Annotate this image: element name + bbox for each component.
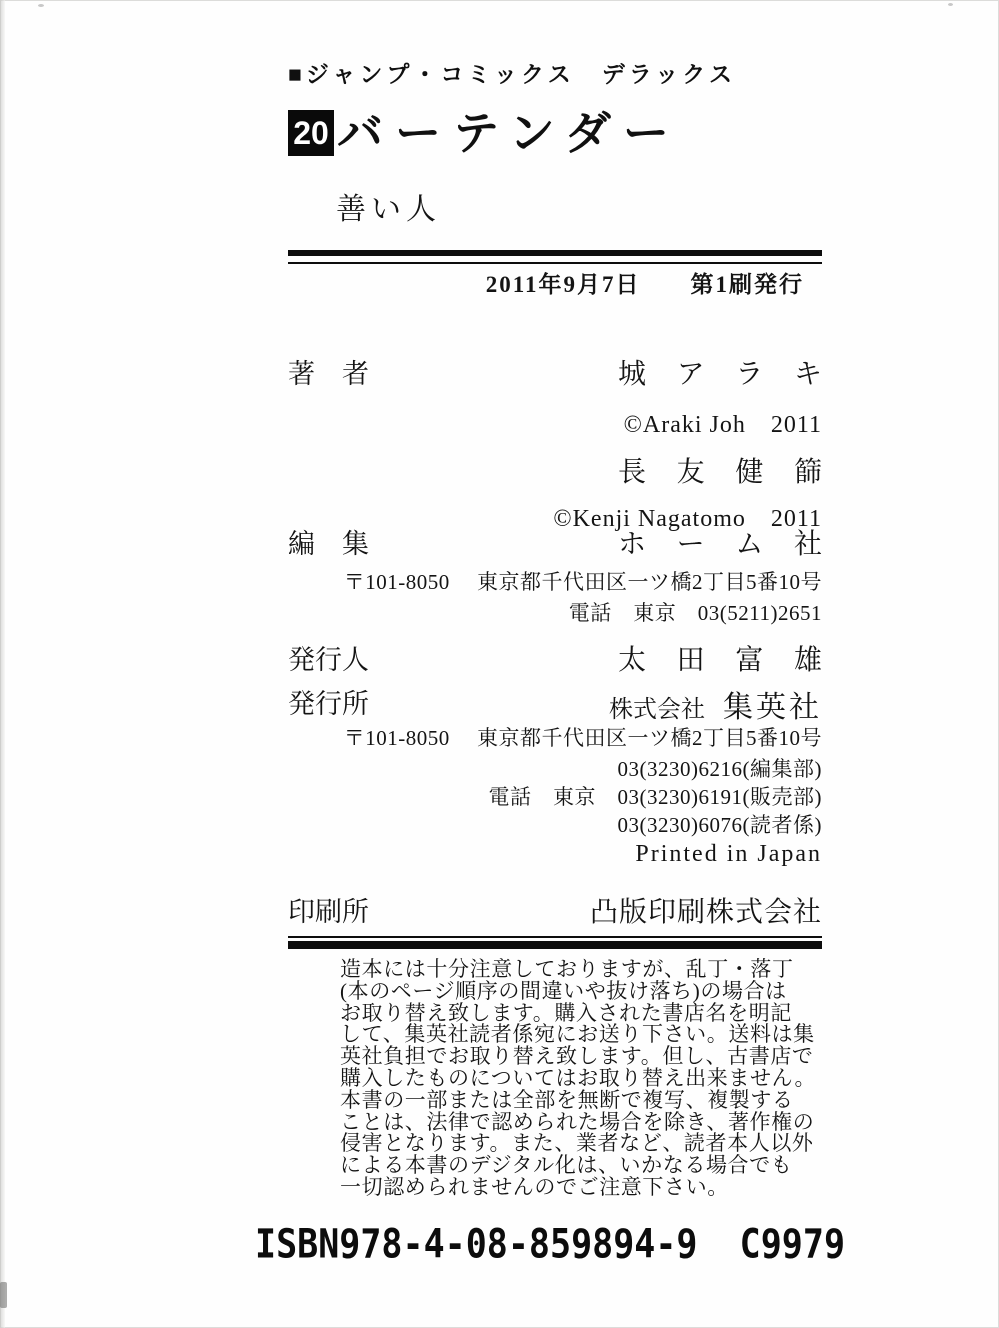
notice-line: ことは、法律で認められた場合を除き、著作権の [340,1112,826,1134]
colophon-page: ■ジャンプ・コミックス デラックス 20 バーテンダー 善い人 2011年9月7… [0,0,999,1328]
artist-row: 長友健篩 [288,450,822,490]
publisher-address: 〒101-8050 東京都千代田区一ツ橋2丁目5番10号 [288,722,822,752]
editor-name: ホーム社 [618,522,822,562]
editor-label: 編 集 [288,522,369,561]
author-label: 著 者 [288,352,369,391]
notice-line: 造本には十分注意しておりますが、乱丁・落丁 [340,959,826,981]
scan-speck [38,4,44,7]
publisher-company-prefix: 株式会社 [609,697,705,723]
author-copyright: ©Araki Joh 2011 [288,404,822,439]
notice-line: 侵害となります。また、業者など、読者本人以外 [340,1133,826,1155]
scan-smudge [0,1282,7,1308]
isbn-code: ISBN978-4-08-859894-9 C9979 [255,1222,845,1268]
notice-line: による本書のデジタル化は、いかなる場合でも [340,1155,826,1177]
scan-speck [948,3,953,6]
editor-phone: 電話 東京 03(5211)2651 [288,597,822,627]
publisher-phone-readers: 03(3230)6076(読者係) [288,809,822,839]
editor-address: 〒101-8050 東京都千代田区一ツ橋2丁目5番10号 [288,566,822,596]
book-subtitle: 善い人 [336,184,441,228]
printer-name: 凸版印刷株式会社 [590,897,822,928]
publisher-phone-sales: 電話 東京 03(3230)6191(販売部) [288,781,822,811]
notice-line: 購入したものについてはお取り替え出来ません。 [340,1068,826,1090]
publisher-row: 発行所 株式会社集英社 [288,682,822,726]
printer-label: 印刷所 [288,890,369,929]
notice-line: (本のページ順序の間違いや抜け落ち)の場合は [340,981,826,1003]
scan-edge-artifact [0,0,5,1328]
divider-thin [288,262,822,264]
publisher-person-name: 太田富雄 [618,638,822,678]
notice-line: して、集英社読者係宛にお送り下さい。送料は集 [340,1024,826,1046]
divider-thin [288,936,822,938]
title-row: 20 バーテンダー [288,110,681,156]
legal-notice: 造本には十分注意しておりますが、乱丁・落丁 (本のページ順序の間違いや抜け落ち)… [340,959,826,1199]
print-date-line: 2011年9月7日 第1刷発行 [288,266,822,299]
printer-row: 印刷所 凸版印刷株式会社 [288,890,822,930]
book-title: バーテンダー [337,110,681,156]
publisher-company-name: 集英社 [723,691,822,724]
printed-in-japan: Printed in Japan [288,841,822,868]
series-label: ■ジャンプ・コミックス デラックス [288,56,736,89]
publisher-person-label: 発行人 [288,638,369,677]
notice-line: 一切認められませんのでご注意下さい。 [340,1177,826,1199]
divider-thick [288,941,822,949]
author-row: 著 者 城アラキ [288,352,822,392]
notice-line: 本書の一部または全部を無断で複写、複製する [340,1090,826,1112]
artist-name: 長友健篩 [618,450,822,490]
divider-thick [288,250,822,256]
publisher-phone-editorial: 03(3230)6216(編集部) [288,753,822,783]
author-name: 城アラキ [618,352,822,392]
publisher-person-row: 発行人 太田富雄 [288,638,822,678]
editor-row: 編 集 ホーム社 [288,522,822,562]
volume-number-badge: 20 [288,110,334,156]
notice-line: お取り替え致します。購入された書店名を明記 [340,1003,826,1025]
notice-line: 英社負担でお取り替え致します。但し、古書店で [340,1046,826,1068]
publisher-label: 発行所 [288,682,369,721]
